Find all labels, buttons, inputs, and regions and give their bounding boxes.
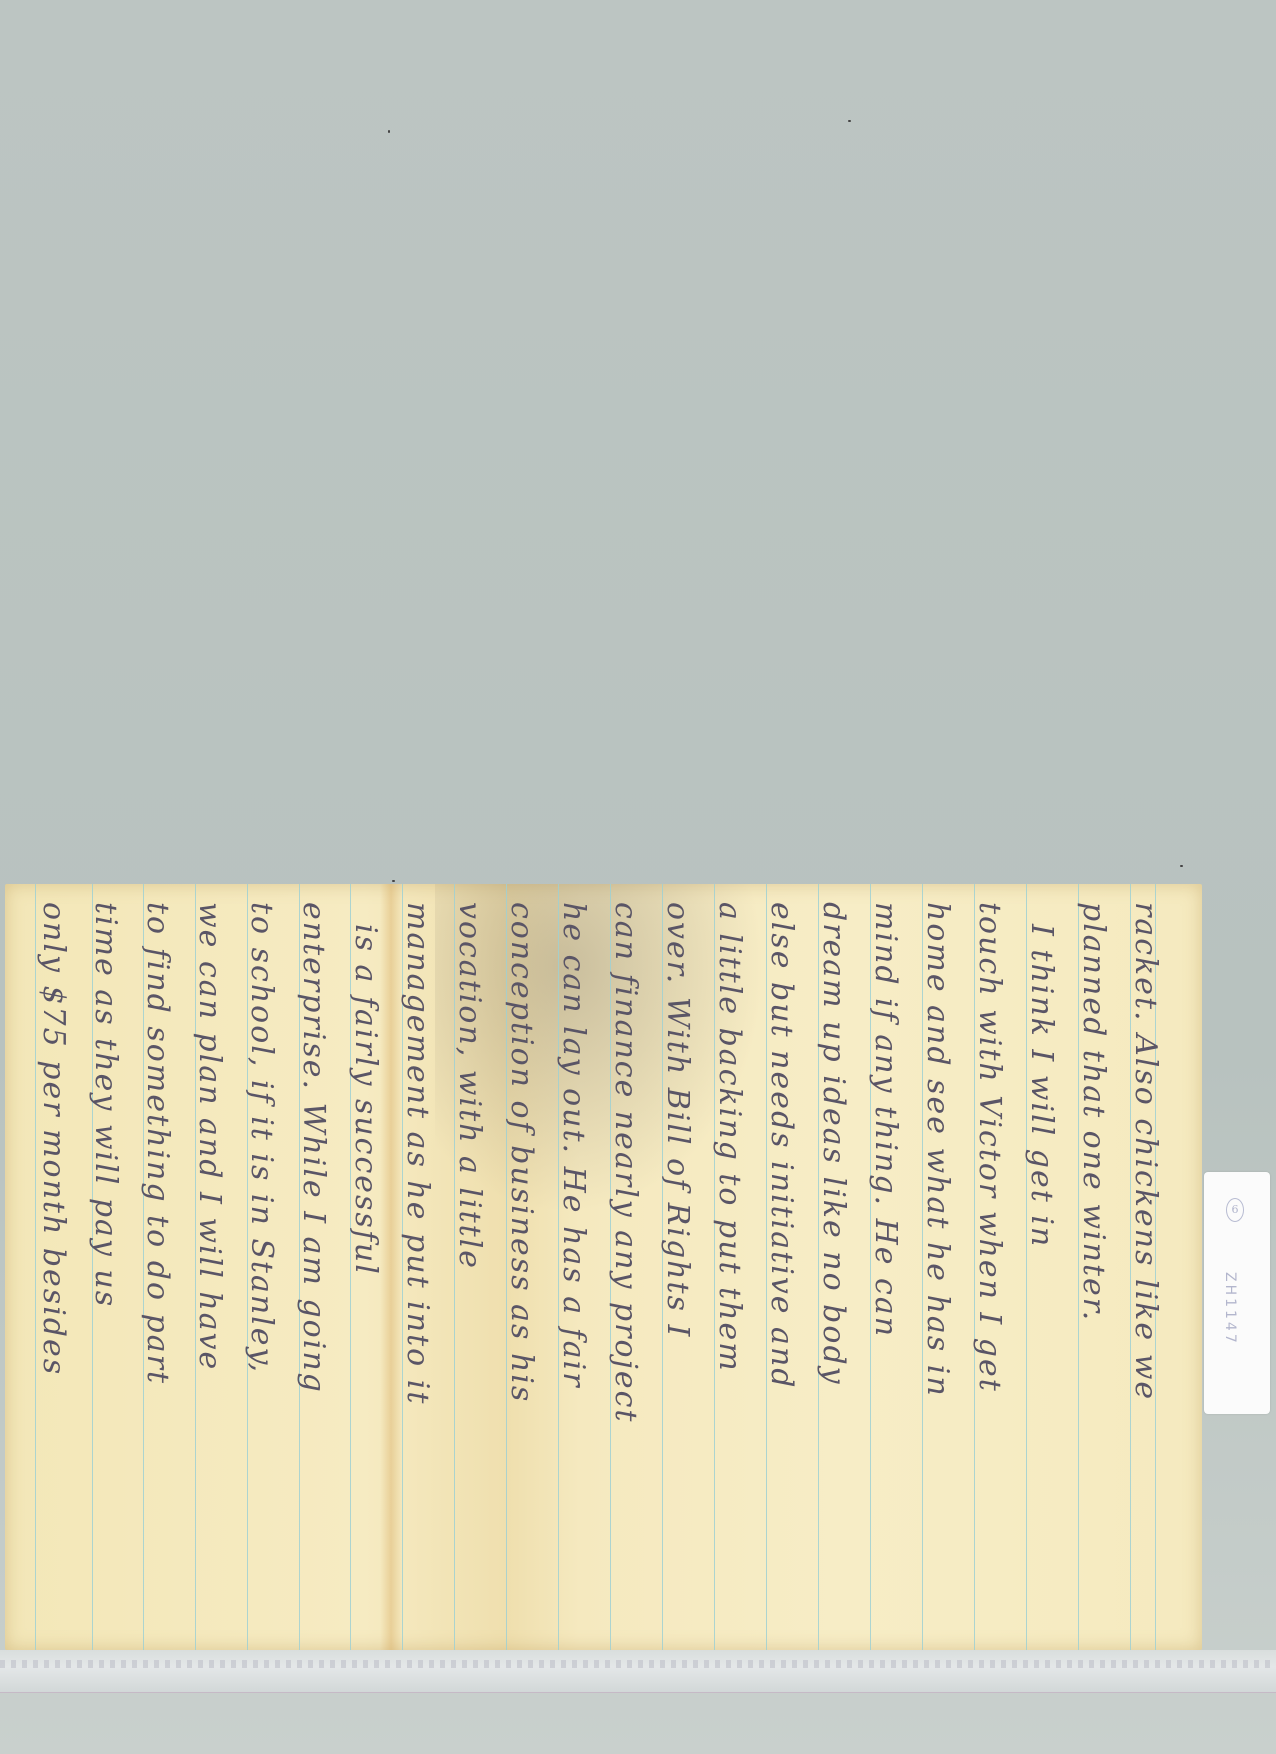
dust-speck <box>848 120 851 122</box>
handwritten-line-15: management as he put into it <box>397 902 437 1405</box>
dust-speck <box>1180 865 1183 867</box>
handwritten-line-11: can finance nearly any project <box>605 902 645 1423</box>
handwritten-line-10: over. With Bill of Rights I <box>657 902 697 1338</box>
handwritten-line-5: home and see what he has in <box>917 902 957 1398</box>
handwritten-line-21: time as they will pay us <box>85 902 125 1308</box>
tag-circle-mark: 6 <box>1226 1198 1244 1222</box>
sleeve-perforation <box>0 1660 1276 1668</box>
handwritten-line-13: conception of business as his <box>501 902 541 1403</box>
tag-number: ZH1147 <box>1222 1272 1238 1346</box>
handwritten-line-12: he can lay out. He has a fair <box>553 902 593 1389</box>
plastic-sleeve-edge <box>0 1650 1276 1693</box>
handwritten-line-1: racket. Also chickens like we <box>1125 902 1165 1401</box>
handwritten-line-16: is a fairly successful <box>345 924 385 1276</box>
handwritten-line-19: we can plan and I will have <box>189 902 229 1371</box>
handwritten-line-22: only $75 per month besides <box>33 902 73 1376</box>
handwritten-line-2: planned that one winter. <box>1073 902 1113 1322</box>
handwritten-line-14: vocation, with a little <box>449 902 489 1270</box>
handwritten-line-17: enterprise. While I am going <box>293 902 333 1394</box>
archive-tag: 6 ZH1147 <box>1204 1172 1270 1414</box>
handwritten-line-4: touch with Victor when I get <box>969 902 1009 1393</box>
handwritten-line-8: else but needs initiative and <box>761 902 801 1389</box>
handwritten-line-7: dream up ideas like no body <box>813 902 853 1386</box>
handwritten-line-9: a little backing to put them <box>709 902 749 1373</box>
dust-speck <box>392 880 395 882</box>
letter-page: racket. Also chickens like we planned th… <box>5 884 1202 1650</box>
handwritten-line-3: I think I will get in <box>1021 924 1061 1248</box>
handwritten-line-20: to find something to do part <box>137 902 177 1385</box>
dust-speck <box>388 130 390 133</box>
handwritten-line-18: to school, if it is in Stanley, <box>241 902 281 1374</box>
handwritten-line-6: mind if any thing. He can <box>865 902 905 1338</box>
